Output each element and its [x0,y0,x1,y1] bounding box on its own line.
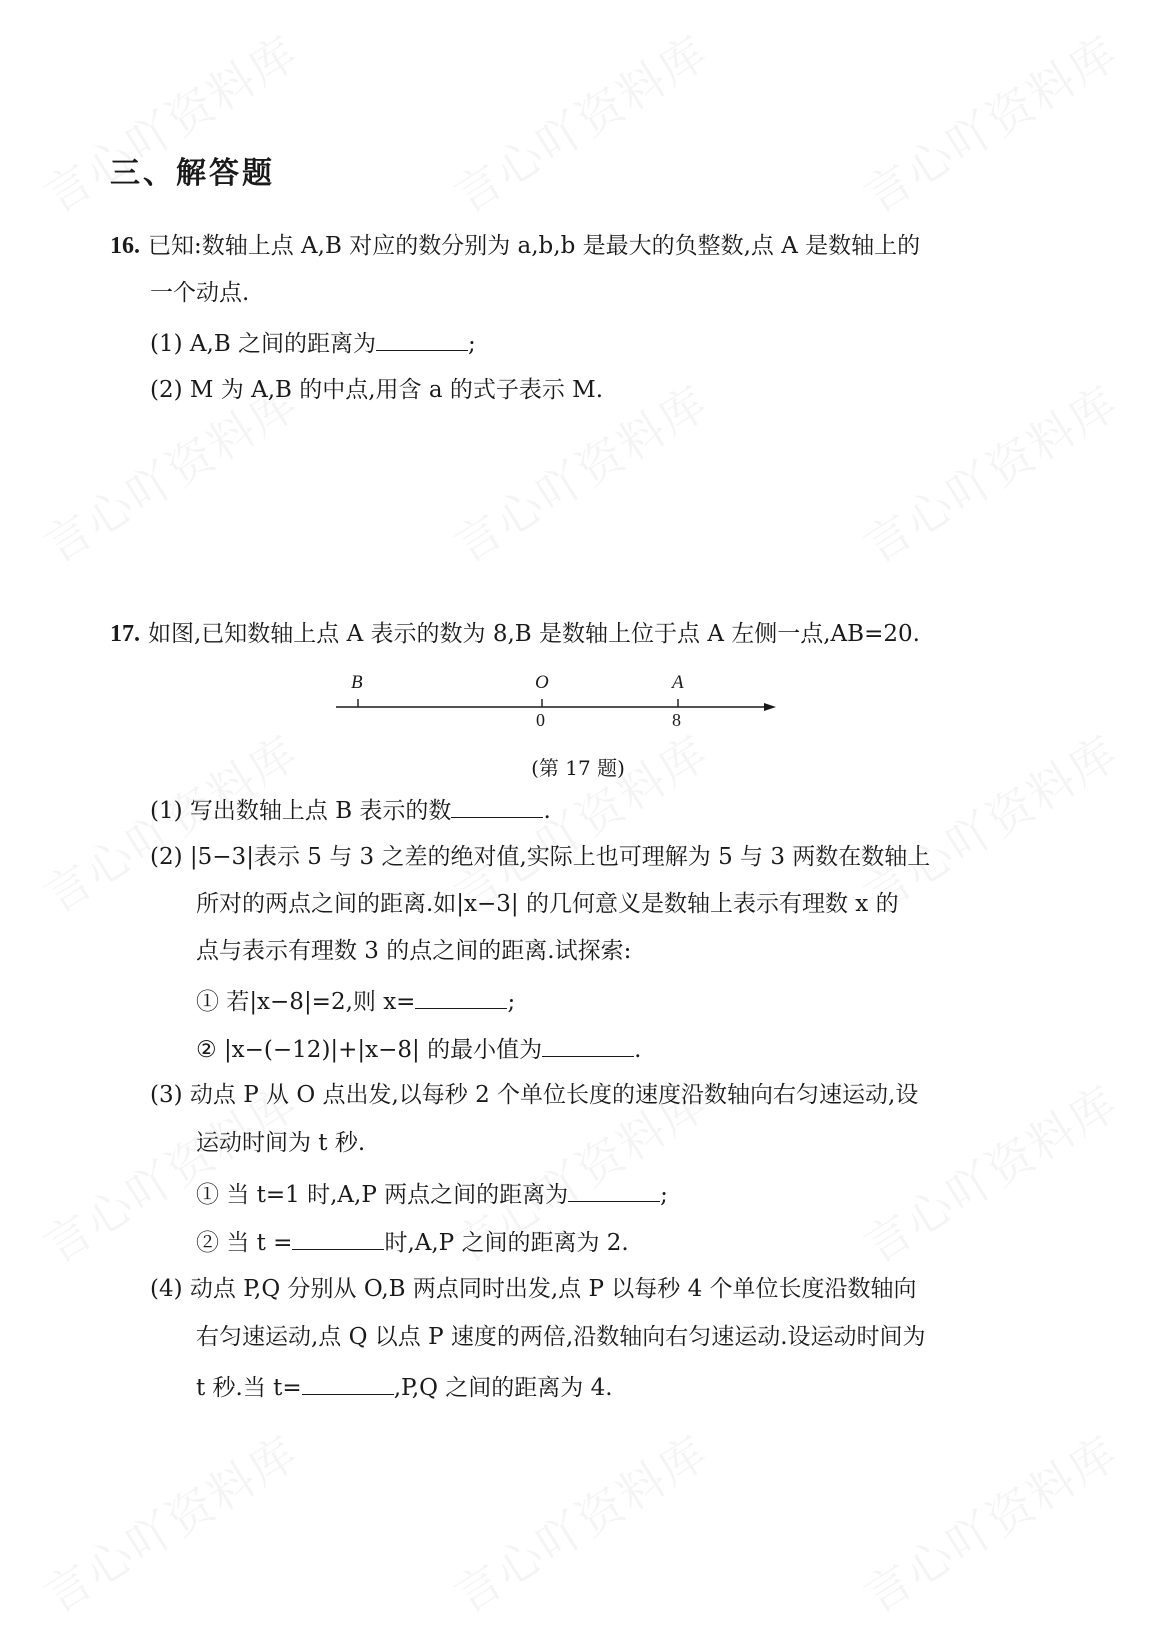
q17-part3-sub2: ② 当 t =时,A,P 之间的距离为 2. [196,1229,629,1255]
q16-stem-line2: 一个动点. [150,282,249,305]
answer-blank[interactable] [451,797,543,818]
q16-part1: (1) A,B 之间的距离为; [150,330,476,356]
answer-blank[interactable] [302,1374,394,1395]
q17-part4-line2: 右匀速运动,点 Q 以点 P 速度的两倍,沿数轴向右匀速运动.设运动时间为 [196,1326,926,1349]
q17-part2-line2: 所对的两点之间的距离.如|x−3| 的几何意义是数轴上表示有理数 x 的 [196,893,899,916]
q16-part2: (2) M 为 A,B 的中点,用含 a 的式子表示 M. [150,379,603,402]
q17-part3-line2: 运动时间为 t 秒. [196,1132,365,1155]
q17-part2-line1: (2) |5−3|表示 5 与 3 之差的绝对值,实际上也可理解为 5 与 3 … [150,846,930,869]
answer-blank[interactable] [568,1181,660,1202]
number-line-figure: B O A 0 8 [336,668,776,738]
q17-number: 17. [110,621,140,647]
exam-page: 三、解答题 16.已知:数轴上点 A,B 对应的数分别为 a,b,b 是最大的负… [0,0,1156,1635]
answer-blank[interactable] [376,330,468,351]
number-line-svg [336,668,776,738]
answer-blank[interactable] [415,988,507,1009]
answer-blank[interactable] [542,1036,634,1057]
q17-stem: 17.如图,已知数轴上点 A 表示的数为 8,B 是数轴上位于点 A 左侧一点,… [110,622,920,646]
tick-value-0: 0 [536,710,545,731]
q16-stem-line1: 16.已知:数轴上点 A,B 对应的数分别为 a,b,b 是最大的负整数,点 A… [110,234,920,258]
point-label-O: O [535,672,549,694]
q17-part4-line3: t 秒.当 t=,P,Q 之间的距离为 4. [196,1374,613,1400]
tick-value-8: 8 [672,710,681,731]
point-label-B: B [351,672,363,694]
q17-part4-line1: (4) 动点 P,Q 分别从 O,B 两点同时出发,点 P 以每秒 4 个单位长… [150,1278,917,1301]
q17-part2-line3: 点与表示有理数 3 的点之间的距离.试探索: [196,940,631,963]
figure-caption: (第 17 题) [0,752,1156,781]
point-label-A: A [672,672,684,694]
section-title: 三、解答题 [110,148,275,192]
q17-part2-sub1: ① 若|x−8|=2,则 x=; [196,988,515,1014]
answer-blank[interactable] [292,1229,384,1250]
q17-part3-line1: (3) 动点 P 从 O 点出发,以每秒 2 个单位长度的速度沿数轴向右匀速运动… [150,1084,918,1107]
arrow-icon [764,703,776,711]
q17-part2-sub2: ② |x−(−12)|+|x−8| 的最小值为. [196,1036,641,1062]
q16-number: 16. [110,233,140,259]
q17-part3-sub1: ① 当 t=1 时,A,P 两点之间的距离为; [196,1181,668,1207]
q17-part1: (1) 写出数轴上点 B 表示的数. [150,797,551,823]
q16-stem-text: 已知:数轴上点 A,B 对应的数分别为 a,b,b 是最大的负整数,点 A 是数… [148,233,920,259]
